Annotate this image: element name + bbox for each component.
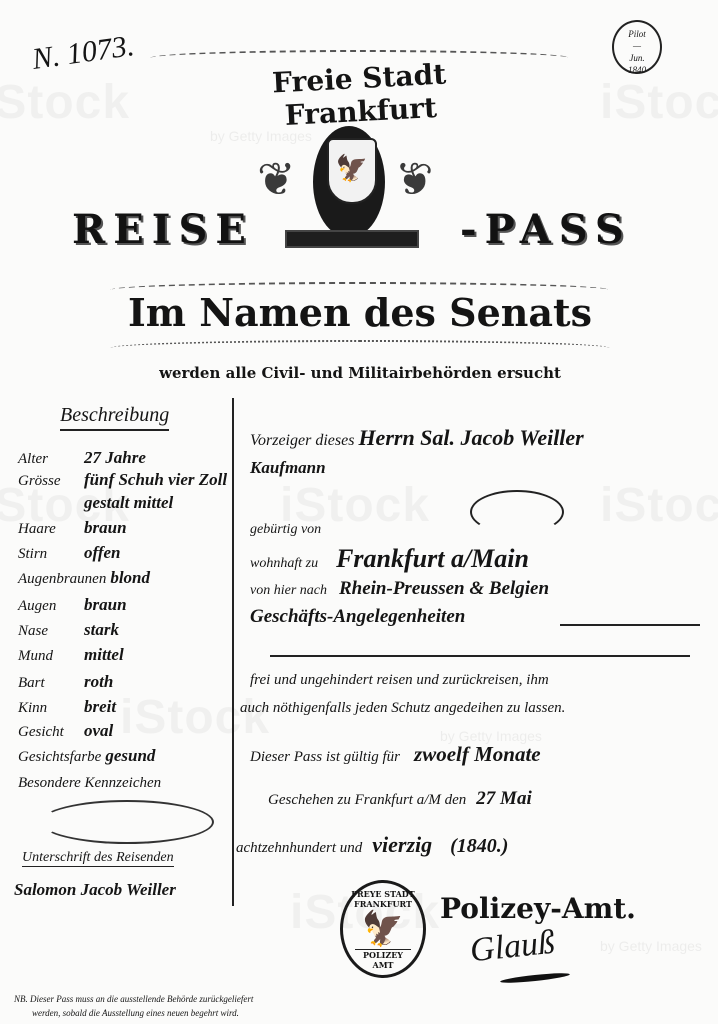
traveller-signature: Salomon Jacob Weiller: [14, 880, 176, 900]
row-value: gestalt mittel: [84, 493, 173, 512]
description-row-beard: Bartroth: [18, 672, 113, 692]
row-value: offen: [84, 543, 121, 562]
description-row-face: Gesichtoval: [18, 721, 113, 741]
signature-label: Unterschrift des Reisenden: [22, 850, 174, 867]
text-line: auch nöthigenfalls jeden Schutz angedeih…: [240, 700, 565, 717]
watermark: iStock: [120, 690, 270, 745]
row-value: braun: [84, 595, 127, 614]
decorative-flourish: [110, 340, 610, 356]
description-row-height: Grössefünf Schuh vier Zoll: [18, 470, 227, 490]
footnote-line: werden, sobald die Ausstellung eines neu…: [32, 1008, 239, 1018]
stamp-line: 1840: [614, 64, 660, 76]
row-label: Bart: [18, 675, 80, 692]
row-value: 27 Jahre: [84, 448, 146, 467]
row-value: stark: [84, 620, 119, 639]
fill-line: [270, 655, 690, 657]
stamp-line: —: [614, 40, 660, 52]
description-row-nose: Nasestark: [18, 620, 119, 640]
description-row-age: Alter27 Jahre: [18, 448, 146, 468]
description-row-complexion: Gesichtsfarbegesund: [18, 746, 155, 766]
issued-prefix: Geschehen zu Frankfurt a/M den: [268, 792, 466, 808]
residence-label: wohnhaft zu: [250, 556, 318, 571]
destination-label: von hier nach: [250, 583, 327, 598]
description-row-chin: Kinnbreit: [18, 697, 116, 717]
text-line: frei und ungehindert reisen und zurückre…: [250, 672, 549, 689]
purpose-line: Geschäfts-Angelegenheiten: [250, 606, 465, 628]
serial-number: N. 1073.: [30, 29, 136, 77]
description-row-hair: Haarebraun: [18, 518, 127, 538]
watermark: iStock: [0, 75, 130, 130]
bearer-prefix: Vorzeiger dieses: [250, 432, 354, 449]
senate-heading: Im Namen des Senats: [120, 290, 600, 335]
watermark: iStock: [600, 478, 718, 533]
watermark: iStock: [600, 75, 718, 130]
seal-center-text: POLIZEY AMT: [355, 949, 411, 970]
eagle-seal-icon: 🦅: [343, 909, 423, 949]
row-label: Augen: [18, 598, 80, 615]
ink-flourish: [470, 490, 564, 534]
occupation: Kaufmann: [250, 458, 326, 477]
corner-stamp: Pilot — Jun. 1840: [612, 20, 662, 74]
title-pass: -PASS: [460, 206, 632, 253]
watermark-sub: by Getty Images: [600, 938, 702, 954]
title-reise: REISE: [72, 206, 254, 253]
row-label: Gesicht: [18, 724, 80, 741]
description-row-eyes: Augenbraun: [18, 595, 127, 615]
row-label: Besondere Kennzeichen: [18, 775, 161, 792]
footnote-line: NB. Dieser Pass muss an die ausstellende…: [14, 994, 253, 1004]
row-label: Nase: [18, 623, 80, 640]
issued-day: 27 Mai: [476, 788, 531, 809]
row-label: Alter: [18, 451, 80, 468]
validity-prefix: Dieser Pass ist gültig für: [250, 749, 400, 765]
row-label: Augenbraunen: [18, 571, 106, 588]
description-row-eyebrows: Augenbraunenblond: [18, 568, 150, 588]
crest-plinth: [285, 230, 419, 248]
validity-value: zwoelf Monate: [414, 742, 541, 766]
description-heading: Beschreibung: [60, 404, 169, 431]
row-value: braun: [84, 518, 127, 537]
eagle-shield-icon: 🦅: [327, 138, 377, 204]
row-value: breit: [84, 697, 116, 716]
signature-underline: [500, 971, 570, 984]
destination-value: Rhein-Preussen & Belgien: [339, 578, 549, 599]
row-label: Gesichtsfarbe: [18, 749, 101, 766]
description-row-forehead: Stirnoffen: [18, 543, 121, 563]
bearer-name: Herrn Sal. Jacob Weiller: [358, 425, 583, 450]
purpose-value: Geschäfts-Angelegenheiten: [250, 606, 465, 627]
row-value: oval: [84, 721, 113, 740]
police-office: Polizey-Amt.: [440, 892, 636, 925]
seal-ring-text: FREYE STADT FRANKFURT: [343, 889, 423, 909]
row-value: roth: [84, 672, 113, 691]
column-divider: [232, 398, 234, 906]
official-signature: Glauß: [468, 924, 557, 971]
birthplace-line: gebürtig von: [250, 522, 321, 538]
fill-line: [560, 624, 700, 626]
year-digits: (1840.): [450, 835, 508, 857]
laurel-right-icon: ❦: [395, 152, 434, 206]
row-label: Stirn: [18, 546, 80, 563]
description-row-marks: Besondere Kennzeichen: [18, 772, 165, 792]
row-value: fünf Schuh vier Zoll: [84, 470, 227, 489]
coat-of-arms: ❦ 🦅 ❦: [255, 118, 445, 253]
year-words: vierzig: [372, 832, 432, 857]
row-label: Kinn: [18, 700, 80, 717]
request-line: werden alle Civil- und Militairbehörden …: [145, 364, 575, 382]
occupation-line: Kaufmann: [250, 458, 326, 478]
residence-line: wohnhaft zu Frankfurt a/Main: [250, 544, 529, 574]
row-label: Haare: [18, 521, 80, 538]
row-label: Mund: [18, 648, 80, 665]
police-seal: FREYE STADT FRANKFURT 🦅 POLIZEY AMT: [340, 880, 426, 978]
stamp-line: Jun.: [614, 52, 660, 64]
row-value: gesund: [105, 746, 155, 765]
row-label: Grösse: [18, 473, 80, 490]
year-prefix: achtzehnhundert und: [236, 840, 362, 856]
description-row-build: gestalt mittel: [18, 493, 173, 513]
validity-line: Dieser Pass ist gültig für zwoelf Monate: [250, 742, 541, 767]
stamp-line: Pilot: [614, 28, 660, 40]
laurel-left-icon: ❦: [257, 152, 296, 206]
description-row-mouth: Mundmittel: [18, 645, 124, 665]
residence-value: Frankfurt a/Main: [336, 544, 529, 573]
signature-flourish: [40, 800, 214, 844]
year-line: achtzehnhundert und vierzig (1840.): [236, 832, 508, 858]
issued-line: Geschehen zu Frankfurt a/M den 27 Mai: [268, 788, 532, 810]
row-value: blond: [110, 568, 150, 587]
bearer-line: Vorzeiger dieses Herrn Sal. Jacob Weille…: [250, 425, 584, 451]
destination-line: von hier nach Rhein-Preussen & Belgien: [250, 578, 549, 600]
row-value: mittel: [84, 645, 124, 664]
